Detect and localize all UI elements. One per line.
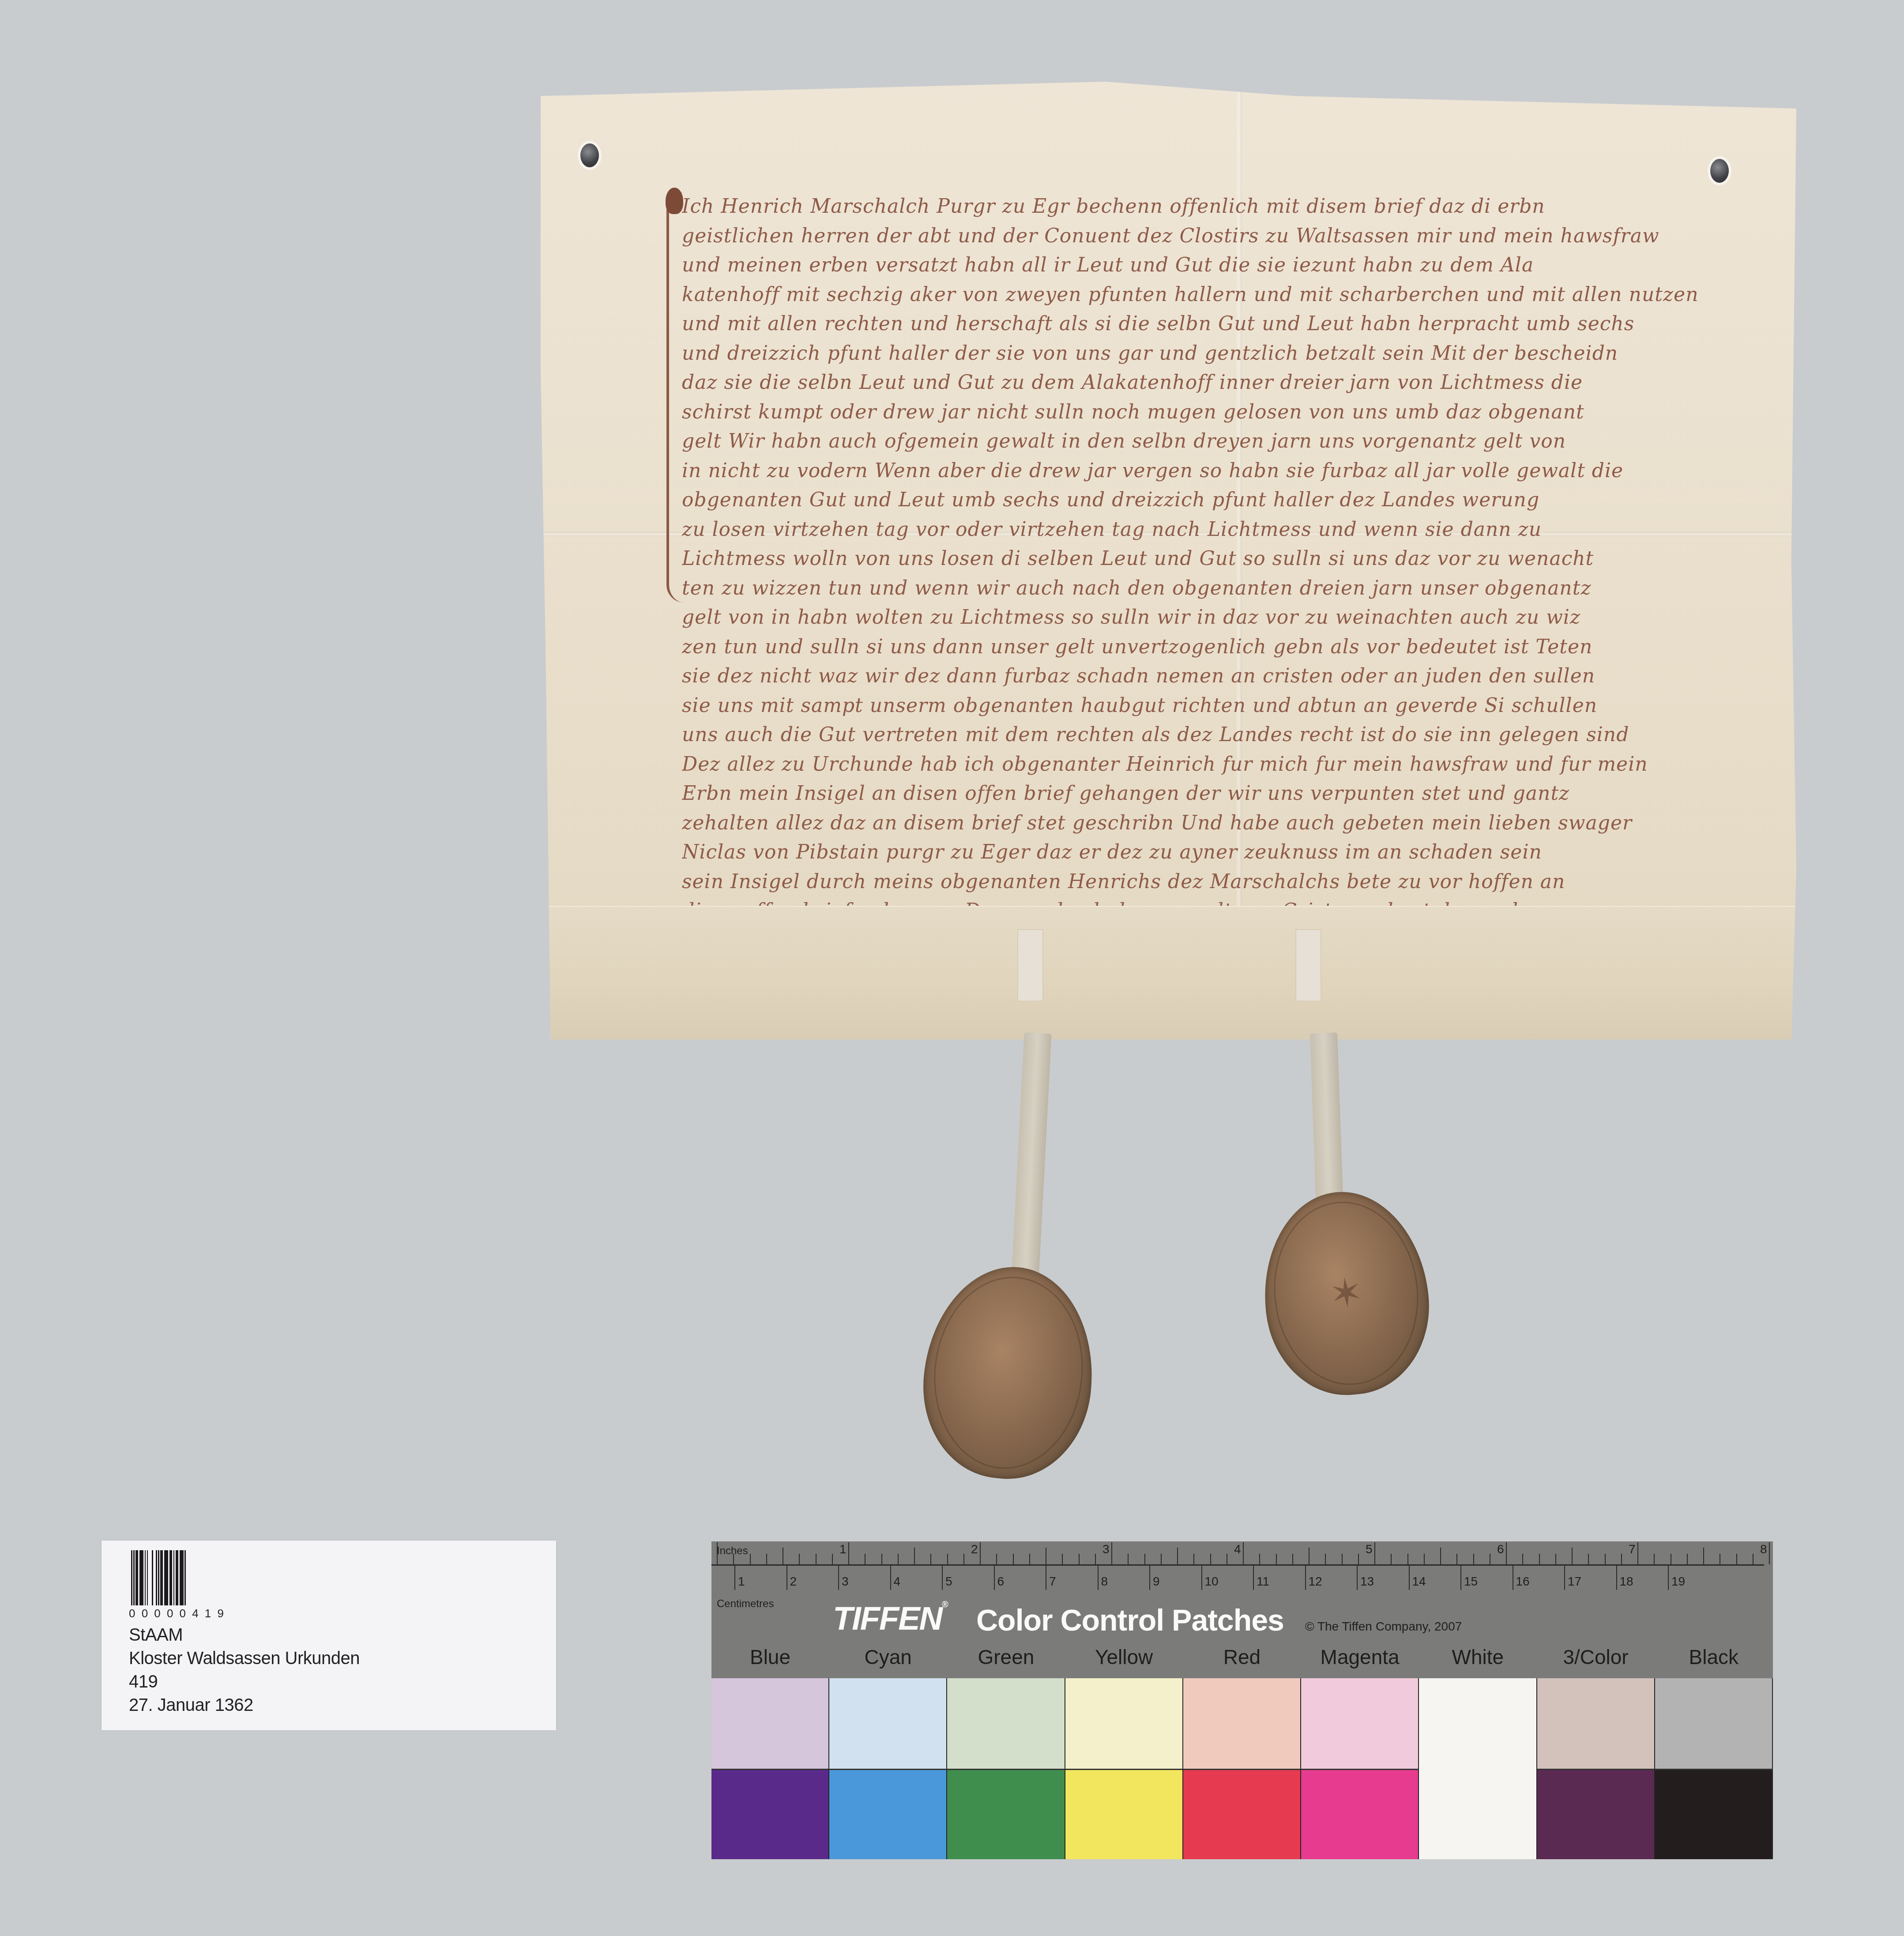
- cm-mark: 11: [1257, 1574, 1269, 1589]
- charter-text-line: zehalten allez daz an disem brief stet g…: [682, 809, 1768, 838]
- inch-mark: 6: [1497, 1542, 1504, 1556]
- barcode-digit: 0: [154, 1607, 160, 1620]
- inch-tick: [1654, 1554, 1655, 1564]
- inches-label: Inches: [717, 1545, 748, 1557]
- inch-tick: [980, 1542, 981, 1564]
- charter-text-line: geistlichen herren der abt und der Conue…: [682, 222, 1768, 251]
- inch-tick: [898, 1554, 899, 1564]
- parchment-charter: Ich Henrich Marschalch Purgr zu Egr bech…: [541, 82, 1796, 1040]
- charter-text-line: zen tun und sulln si uns dann unser gelt…: [682, 633, 1768, 662]
- inch-tick: [1605, 1554, 1606, 1564]
- inch-tick: [1259, 1554, 1260, 1564]
- charter-text: Ich Henrich Marschalch Purgr zu Egr bech…: [682, 192, 1768, 955]
- inch-tick: [1440, 1548, 1441, 1564]
- charter-text-line: obgenanten Gut und Leut umb sechs und dr…: [682, 486, 1768, 515]
- cm-tick: [838, 1566, 839, 1590]
- barcode-bar: [139, 1550, 143, 1605]
- patch-dark-black: [1655, 1769, 1773, 1859]
- ruler-baseline: [711, 1564, 1764, 1566]
- patch-dark-magenta: [1301, 1769, 1419, 1859]
- cm-tick: [1513, 1566, 1513, 1590]
- inch-tick: [848, 1542, 849, 1564]
- cm-tick: [942, 1566, 943, 1590]
- patch-light-red: [1183, 1678, 1301, 1769]
- seal-rim: [925, 1269, 1092, 1476]
- cm-tick: [1616, 1566, 1617, 1590]
- charter-text-line: sein Insigel durch meins obgenanten Henr…: [682, 867, 1768, 897]
- inch-tick: [1095, 1554, 1096, 1564]
- charter-text-line: in nicht zu vodern Wenn aber die drew ja…: [682, 456, 1768, 486]
- patch-label-red: Red: [1183, 1645, 1301, 1669]
- inch-tick: [1062, 1554, 1063, 1564]
- charter-text-line: schirst kumpt oder drew jar nicht sulln …: [682, 398, 1768, 427]
- charter-text-line: katenhoff mit sechzig aker von zweyen pf…: [682, 280, 1768, 310]
- cm-mark: 16: [1516, 1574, 1530, 1589]
- archive-label: 0 0 0 0 0 4 1 9 StAAM Kloster Waldsassen…: [102, 1541, 556, 1730]
- cm-tick: [1409, 1566, 1410, 1590]
- tiffen-logo: TIFFEN®: [833, 1600, 948, 1637]
- cm-tick: [1098, 1566, 1099, 1590]
- inch-tick: [1539, 1554, 1540, 1564]
- inch-tick: [1342, 1554, 1343, 1564]
- cm-mark: 12: [1309, 1574, 1322, 1589]
- tiffen-color-chart: Inches 123456781234567891011121314151617…: [711, 1541, 1773, 1859]
- barcode-digit: 0: [129, 1607, 135, 1620]
- barcode-digit: 0: [180, 1607, 186, 1620]
- wax-seal-left: [914, 1258, 1103, 1487]
- inch-tick: [717, 1542, 718, 1564]
- inch-tick: [1309, 1548, 1309, 1564]
- inch-tick: [1177, 1548, 1178, 1564]
- centimetres-label: Centimetres: [717, 1598, 774, 1610]
- cm-tick: [1046, 1566, 1046, 1590]
- cm-tick: [1305, 1566, 1306, 1590]
- charter-text-line: gelt von in habn wolten zu Lichtmess so …: [682, 603, 1768, 633]
- cm-tick: [994, 1566, 995, 1590]
- patch-label-blue: Blue: [711, 1645, 829, 1669]
- inch-tick: [1358, 1554, 1359, 1564]
- patch-light-magenta: [1301, 1678, 1419, 1769]
- barcode-digit: 0: [167, 1607, 173, 1620]
- patch-dark-blue: [711, 1769, 829, 1859]
- inch-mark: 2: [971, 1542, 978, 1556]
- collection-name: Kloster Waldsassen Urkunden: [129, 1649, 360, 1669]
- seal-slit-right: [1295, 929, 1321, 1002]
- barcode-digit: 4: [192, 1607, 198, 1620]
- inch-tick: [1424, 1554, 1425, 1564]
- cm-tick: [890, 1566, 891, 1590]
- patch-label-green: Green: [947, 1645, 1065, 1669]
- charter-text-line: und mit allen rechten und herschaft als …: [682, 309, 1768, 339]
- charter-text-line: zu losen virtzehen tag vor oder virtzehe…: [682, 515, 1768, 545]
- inch-tick: [816, 1554, 817, 1564]
- inch-tick: [1572, 1548, 1573, 1564]
- cm-mark: 9: [1153, 1574, 1160, 1589]
- inch-tick: [1292, 1554, 1293, 1564]
- inch-tick: [1736, 1554, 1737, 1564]
- cm-mark: 7: [1049, 1574, 1056, 1589]
- inch-mark: 1: [839, 1542, 847, 1556]
- cm-tick: [1460, 1566, 1461, 1590]
- inch-tick: [1473, 1554, 1474, 1564]
- cm-tick: [1201, 1566, 1202, 1590]
- inch-tick: [1671, 1554, 1671, 1564]
- barcode-bar: [148, 1550, 152, 1605]
- inch-tick: [1456, 1554, 1457, 1564]
- chart-title: Color Control Patches: [976, 1603, 1284, 1638]
- color-patches: [711, 1678, 1773, 1859]
- inch-tick: [783, 1548, 783, 1564]
- charter-text-line: und dreizzich pfunt haller der sie von u…: [682, 339, 1768, 369]
- inch-tick: [1193, 1554, 1194, 1564]
- registered-mark: ®: [942, 1600, 948, 1609]
- inch-mark: 3: [1103, 1542, 1110, 1556]
- cm-mark: 13: [1360, 1574, 1374, 1589]
- inch-tick: [733, 1554, 734, 1564]
- inch-tick: [1276, 1554, 1277, 1564]
- barcode-bar: [164, 1550, 168, 1605]
- document-date: 27. Januar 1362: [129, 1695, 253, 1715]
- patch-dark-green: [947, 1769, 1065, 1859]
- inch-mark: 7: [1629, 1542, 1636, 1556]
- charter-text-line: sie dez nicht waz wir dez dann furbaz sc…: [682, 662, 1768, 691]
- cm-tick: [734, 1566, 735, 1590]
- charter-text-line: Lichtmess wolln von uns losen di selben …: [682, 544, 1768, 574]
- cm-mark: 18: [1620, 1574, 1633, 1589]
- inch-tick: [1687, 1554, 1688, 1564]
- inch-tick: [930, 1554, 931, 1564]
- barcode-number: 0 0 0 0 0 4 1 9: [129, 1607, 224, 1620]
- inch-tick: [1769, 1542, 1770, 1564]
- patch-label-white: White: [1419, 1645, 1536, 1669]
- charter-text-line: Dez allez zu Urchunde hab ich obgenanter…: [682, 750, 1768, 780]
- patch-label-black: Black: [1655, 1645, 1772, 1669]
- cm-mark: 8: [1101, 1574, 1108, 1589]
- inch-tick: [1046, 1548, 1046, 1564]
- inch-tick: [1588, 1554, 1589, 1564]
- patch-light-cyan: [829, 1678, 947, 1769]
- charter-text-line: sie uns mit sampt unserm obgenanten haub…: [682, 691, 1768, 721]
- cm-tick: [1564, 1566, 1565, 1590]
- seal-tag-left: [1010, 1032, 1051, 1298]
- cm-tick: [1357, 1566, 1358, 1590]
- inch-tick: [799, 1554, 800, 1564]
- inch-tick: [1079, 1554, 1080, 1564]
- inch-mark: 4: [1234, 1542, 1241, 1556]
- patch-dark-yellow: [1065, 1769, 1183, 1859]
- patch-dark-3-color: [1537, 1769, 1655, 1859]
- inch-tick: [1391, 1554, 1392, 1564]
- cm-mark: 10: [1205, 1574, 1219, 1589]
- inch-tick: [1128, 1554, 1129, 1564]
- inch-tick: [914, 1548, 915, 1564]
- inch-mark: 5: [1366, 1542, 1373, 1556]
- inch-tick: [1111, 1542, 1112, 1564]
- inch-tick: [1637, 1542, 1638, 1564]
- inch-tick: [750, 1554, 751, 1564]
- inch-tick: [1720, 1554, 1720, 1564]
- inch-tick: [865, 1554, 865, 1564]
- charter-text-line: daz sie die selbn Leut und Gut zu dem Al…: [682, 368, 1768, 398]
- patch-light-blue: [711, 1678, 829, 1769]
- charter-text-line: Niclas von Pibstain purgr zu Eger daz er…: [682, 838, 1768, 867]
- inch-tick: [881, 1554, 882, 1564]
- patch-label-3-color: 3/Color: [1537, 1645, 1655, 1669]
- cm-tick: [1668, 1566, 1669, 1590]
- inch-tick: [963, 1554, 964, 1564]
- barcode-bar: [184, 1550, 186, 1605]
- patch-light-green: [947, 1678, 1065, 1769]
- inch-tick: [947, 1554, 948, 1564]
- charter-text-line: Erbn mein Insigel an disen offen brief g…: [682, 779, 1768, 809]
- wax-seal-right: ✶: [1254, 1184, 1438, 1403]
- cm-mark: 4: [894, 1574, 901, 1589]
- inch-tick: [1555, 1554, 1556, 1564]
- inch-tick: [1621, 1554, 1622, 1564]
- inch-mark: 8: [1760, 1542, 1767, 1556]
- inch-tick: [1753, 1554, 1753, 1564]
- cm-mark: 2: [790, 1574, 797, 1589]
- patch-label-yellow: Yellow: [1065, 1645, 1183, 1669]
- inch-tick: [1243, 1542, 1244, 1564]
- inch-tick: [1703, 1548, 1704, 1564]
- patch-labels: BlueCyanGreenYellowRedMagentaWhite3/Colo…: [711, 1645, 1773, 1680]
- barcode: [131, 1550, 222, 1605]
- barcode-bar: [180, 1550, 184, 1605]
- cm-mark: 17: [1568, 1574, 1581, 1589]
- inch-tick: [1144, 1554, 1145, 1564]
- charter-text-line: Ich Henrich Marschalch Purgr zu Egr bech…: [682, 192, 1768, 222]
- inch-tick: [766, 1554, 767, 1564]
- barcode-digit: 0: [142, 1607, 148, 1620]
- inch-tick: [996, 1554, 997, 1564]
- copyright-notice: © The Tiffen Company, 2007: [1305, 1620, 1462, 1634]
- cm-mark: 19: [1671, 1574, 1685, 1589]
- inch-tick: [1522, 1554, 1523, 1564]
- patch-light-black: [1655, 1678, 1773, 1769]
- patch-dark-cyan: [829, 1769, 947, 1859]
- inch-tick: [1506, 1542, 1507, 1564]
- plica-fold: [541, 906, 1796, 1040]
- patch-light-3-color: [1537, 1678, 1655, 1769]
- document-number: 419: [129, 1672, 158, 1692]
- inch-tick: [1407, 1554, 1408, 1564]
- charter-text-line: gelt Wir habn auch ofgemein gewalt in de…: [682, 427, 1768, 456]
- mounting-pin-right: [1710, 159, 1729, 183]
- cm-tick: [1253, 1566, 1254, 1590]
- cm-mark: 5: [945, 1574, 952, 1589]
- barcode-digit: 1: [205, 1607, 211, 1620]
- brand-name: TIFFEN: [833, 1600, 942, 1637]
- seal-tag-right: [1310, 1032, 1343, 1210]
- inch-tick: [1210, 1554, 1211, 1564]
- inch-tick: [1490, 1554, 1490, 1564]
- seal-star-device-icon: ✶: [1327, 1269, 1365, 1318]
- patch-label-cyan: Cyan: [829, 1645, 947, 1669]
- inch-tick: [1374, 1542, 1375, 1564]
- seal-slit-left: [1017, 929, 1043, 1002]
- cm-mark: 1: [738, 1574, 745, 1589]
- inch-tick: [1227, 1554, 1227, 1564]
- cm-tick: [786, 1566, 787, 1590]
- charter-text-line: uns auch die Gut vertreten mit dem recht…: [682, 720, 1768, 750]
- charter-text-line: ten zu wizzen tun und wenn wir auch nach…: [682, 574, 1768, 603]
- inch-tick: [832, 1554, 833, 1564]
- ruler: Inches 123456781234567891011121314151617…: [711, 1541, 1773, 1590]
- charter-text-line: und meinen erben versatzt habn all ir Le…: [682, 251, 1768, 280]
- patch-light-yellow: [1065, 1678, 1183, 1769]
- patch-dark-red: [1183, 1769, 1301, 1859]
- inch-tick: [1161, 1554, 1162, 1564]
- inch-tick: [1029, 1554, 1030, 1564]
- patch-label-magenta: Magenta: [1301, 1645, 1419, 1669]
- cm-tick: [1149, 1566, 1150, 1590]
- mounting-pin-left: [580, 143, 599, 167]
- inch-tick: [1325, 1554, 1326, 1564]
- barcode-digit: 9: [217, 1607, 223, 1620]
- cm-mark: 3: [842, 1574, 849, 1589]
- archive-name: StAAM: [129, 1625, 183, 1645]
- cm-mark: 14: [1412, 1574, 1426, 1589]
- cm-mark: 6: [997, 1574, 1005, 1589]
- inch-tick: [1013, 1554, 1014, 1564]
- patch-light-white: [1419, 1678, 1537, 1859]
- cm-mark: 15: [1464, 1574, 1478, 1589]
